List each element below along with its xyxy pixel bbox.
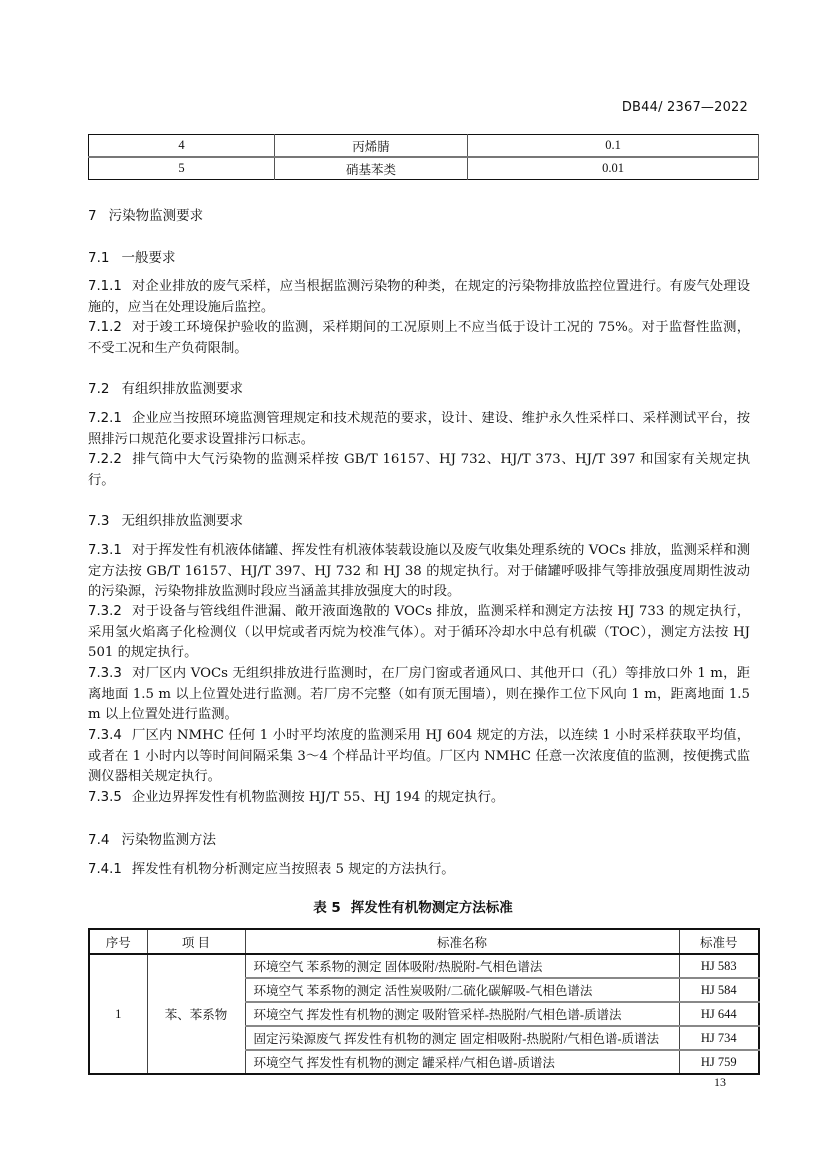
column-header-item: 项 目 — [147, 929, 245, 954]
limit-value: 0.01 — [468, 157, 759, 180]
section-heading-7-1: 7.1一般要求 — [88, 246, 175, 266]
table-header-row: 序号 项 目 标准名称 标准号 — [89, 929, 759, 954]
clause-7-3-4: 7.3.4厂区内 NMHC 任何 1 小时平均浓度的监测采用 HJ 604 规定… — [88, 726, 750, 788]
section-heading-7-2: 7.2有组织排放监测要求 — [88, 377, 243, 397]
column-header-name: 标准名称 — [245, 929, 679, 954]
section-title: 一般要求 — [121, 250, 175, 266]
section-number: 7.4 — [88, 832, 109, 848]
clause-number: 7.3.1 — [88, 543, 122, 558]
section-title: 污染物监测方法 — [121, 832, 216, 848]
column-header-code: 标准号 — [679, 929, 759, 954]
clause-text: 挥发性有机物分析测定应当按照表 5 规定的方法执行。 — [132, 862, 455, 877]
row-number: 5 — [89, 157, 275, 180]
clause-number: 7.1.2 — [88, 320, 122, 335]
clause-7-3-5: 7.3.5企业边界挥发性有机物监测按 HJ/T 55、HJ 194 的规定执行。 — [88, 788, 750, 809]
clause-text: 企业边界挥发性有机物监测按 HJ/T 55、HJ 194 的规定执行。 — [132, 790, 504, 805]
section-title: 无组织排放监测要求 — [121, 513, 243, 529]
document-id: DB44/ 2367—2022 — [622, 100, 748, 115]
clause-number: 7.3.2 — [88, 604, 122, 619]
clause-number: 7.3.5 — [88, 790, 122, 805]
clause-text: 排气筒中大气污染物的监测采样按 GB/T 16157、HJ 732、HJ/T 3… — [88, 452, 750, 488]
page-number: 13 — [714, 1075, 726, 1090]
clause-7-2-1: 7.2.1企业应当按照环境监测管理规定和技术规范的要求，设计、建设、维护永久性采… — [88, 409, 750, 450]
clause-7-1-1: 7.1.1对企业排放的废气采样，应当根据监测污染物的种类，在规定的污染物排放监控… — [88, 277, 750, 318]
clause-7-2-2: 7.2.2排气筒中大气污染物的监测采样按 GB/T 16157、HJ 732、H… — [88, 450, 750, 491]
clause-7-4-1: 7.4.1挥发性有机物分析测定应当按照表 5 规定的方法执行。 — [88, 860, 750, 881]
section-number: 7.2 — [88, 381, 109, 397]
section-title: 污染物监测要求 — [109, 208, 204, 224]
standard-code: HJ 759 — [679, 1050, 759, 1074]
section-heading-7: 7污染物监测要求 — [88, 204, 203, 224]
row-number: 4 — [89, 135, 275, 158]
standard-name: 环境空气 苯系物的测定 固体吸附/热脱附-气相色谱法 — [245, 954, 679, 978]
clause-number: 7.4.1 — [88, 862, 122, 877]
clause-text: 对于挥发性有机液体储罐、挥发性有机液体装载设施以及废气收集处理系统的 VOCs … — [88, 543, 750, 599]
standard-name: 环境空气 挥发性有机物的测定 罐采样/气相色谱-质谱法 — [245, 1050, 679, 1074]
standard-code: HJ 644 — [679, 1002, 759, 1026]
section-heading-7-4: 7.4污染物监测方法 — [88, 828, 216, 848]
clause-7-3-2: 7.3.2对于设备与管线组件泄漏、敞开液面逸散的 VOCs 排放，监测采样和测定… — [88, 602, 750, 664]
table-number: 表 5 — [313, 900, 341, 916]
section-number: 7.3 — [88, 513, 109, 529]
limit-value: 0.1 — [468, 135, 759, 158]
continued-limits-table: 4 丙烯腈 0.1 5 硝基苯类 0.01 — [88, 134, 759, 180]
clause-number: 7.2.2 — [88, 452, 122, 467]
clause-7-1-2: 7.1.2对于竣工环境保护验收的监测，采样期间的工况原则上不应当低于设计工况的 … — [88, 318, 750, 359]
clause-7-3-1: 7.3.1对于挥发性有机液体储罐、挥发性有机液体装载设施以及废气收集处理系统的 … — [88, 541, 750, 603]
section-number: 7 — [88, 208, 97, 224]
clause-text: 对厂区内 VOCs 无组织排放进行监测时，在厂房门窗或者通风口、其他开口（孔）等… — [88, 666, 750, 722]
clause-text: 对于设备与管线组件泄漏、敞开液面逸散的 VOCs 排放，监测采样和测定方法按 H… — [88, 604, 750, 660]
table-row: 4 丙烯腈 0.1 — [89, 135, 759, 158]
table-title: 挥发性有机物测定方法标准 — [351, 900, 513, 916]
standard-name: 环境空气 苯系物的测定 活性炭吸附/二硫化碳解吸-气相色谱法 — [245, 978, 679, 1002]
table-row: 1 苯、苯系物 环境空气 苯系物的测定 固体吸附/热脱附-气相色谱法 HJ 58… — [89, 954, 759, 978]
standard-code: HJ 734 — [679, 1026, 759, 1050]
group-number: 1 — [89, 954, 147, 1074]
standard-name: 固定污染源废气 挥发性有机物的测定 固定相吸附-热脱附/气相色谱-质谱法 — [245, 1026, 679, 1050]
clause-text: 厂区内 NMHC 任何 1 小时平均浓度的监测采用 HJ 604 规定的方法，以… — [88, 728, 750, 784]
clause-text: 对于竣工环境保护验收的监测，采样期间的工况原则上不应当低于设计工况的 75%。对… — [88, 320, 750, 356]
clause-text: 企业应当按照环境监测管理规定和技术规范的要求，设计、建设、维护永久性采样口、采样… — [88, 411, 750, 447]
section-title: 有组织排放监测要求 — [121, 381, 243, 397]
section-number: 7.1 — [88, 250, 109, 266]
clause-number: 7.2.1 — [88, 411, 122, 426]
column-header-no: 序号 — [89, 929, 147, 954]
pollutant-name: 硝基苯类 — [275, 157, 468, 180]
clause-number: 7.3.3 — [88, 666, 122, 681]
voc-methods-table: 序号 项 目 标准名称 标准号 1 苯、苯系物 环境空气 苯系物的测定 固体吸附… — [88, 928, 760, 1075]
section-heading-7-3: 7.3无组织排放监测要求 — [88, 509, 243, 529]
clause-text: 对企业排放的废气采样，应当根据监测污染物的种类，在规定的污染物排放监控位置进行。… — [88, 279, 750, 315]
standard-code: HJ 583 — [679, 954, 759, 978]
table-caption: 表 5挥发性有机物测定方法标准 — [0, 896, 826, 916]
standard-name: 环境空气 挥发性有机物的测定 吸附管采样-热脱附/气相色谱-质谱法 — [245, 1002, 679, 1026]
clause-number: 7.3.4 — [88, 728, 122, 743]
clause-7-3-3: 7.3.3对厂区内 VOCs 无组织排放进行监测时，在厂房门窗或者通风口、其他开… — [88, 664, 750, 726]
standard-code: HJ 584 — [679, 978, 759, 1002]
table-row: 5 硝基苯类 0.01 — [89, 157, 759, 180]
clause-number: 7.1.1 — [88, 279, 122, 294]
group-item: 苯、苯系物 — [147, 954, 245, 1074]
pollutant-name: 丙烯腈 — [275, 135, 468, 158]
